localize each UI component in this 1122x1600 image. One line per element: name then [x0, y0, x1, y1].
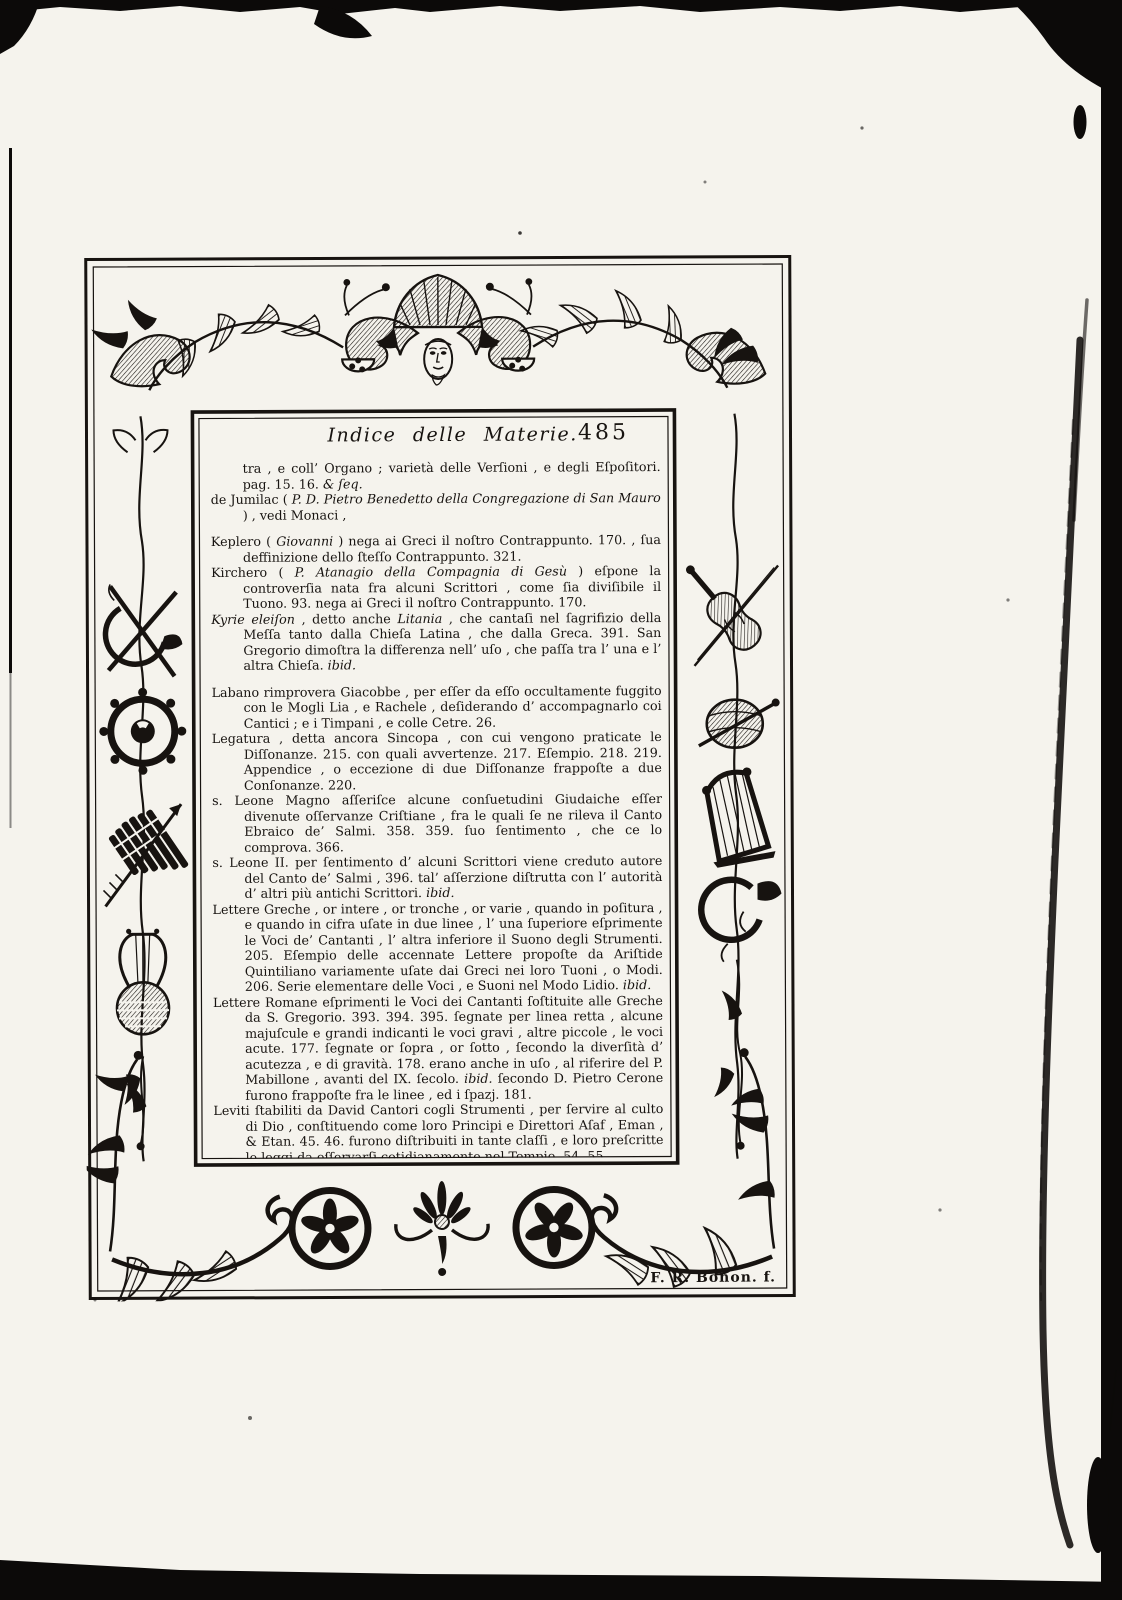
index-entry: Lettere Greche , or intere , or tronche …	[212, 900, 662, 995]
scanned-book-page: Indice delle Materie. 485 tra , e coll’ …	[0, 0, 1122, 1600]
page-number: 485	[578, 420, 629, 445]
index-entry: Lettere Romane eſprimenti le Voci dei Ca…	[213, 993, 663, 1103]
page-title: Indice delle Materie.	[327, 423, 577, 446]
index-entries: tra , e coll’ Organo ; varietà delle Ver…	[211, 459, 664, 1159]
left-trophy	[98, 416, 192, 1161]
horn-icon	[701, 880, 782, 962]
right-trophy	[674, 414, 782, 1159]
index-entry: Legatura , detta ancora Sincopa , con cu…	[212, 729, 662, 793]
index-entry: Labano rimprovera Giacobbe , per eſſer d…	[212, 683, 662, 731]
index-entry: Kirchero ( P. Atanagio della Compagnia d…	[211, 563, 661, 611]
top-ornament	[91, 274, 765, 391]
palmette-icon	[396, 1181, 489, 1276]
violin-icon	[675, 556, 767, 656]
index-entry: Kyrie eleiſon , detto anche Litania , ch…	[211, 610, 661, 674]
ribbon-knot-icon	[113, 430, 167, 453]
hunting-horn-icon	[105, 584, 182, 676]
engraver-signature: F. R. Bonon. f.	[606, 1269, 776, 1286]
lute-icon	[117, 929, 169, 1035]
index-entry: de Jumilac ( P. D. Pietro Benedetto dell…	[211, 490, 661, 523]
index-entry: Leviti ſtabiliti da David Cantori cogli …	[213, 1101, 663, 1159]
floral-wreath-icon	[292, 1190, 368, 1266]
index-entry: tra , e coll’ Organo ; varietà delle Ver…	[211, 459, 661, 492]
index-text-block: Indice delle Materie. 485 tra , e coll’ …	[210, 419, 663, 1159]
index-entry: s. Leone II. per ſentimento d’ alcuni Sc…	[212, 853, 662, 901]
index-entry: Keplero ( Giovanni ) nega ai Greci il no…	[211, 532, 661, 565]
mask-icon	[424, 339, 452, 385]
tambourine-icon	[99, 688, 186, 775]
drum-icon	[699, 699, 780, 748]
page-header: Indice delle Materie. 485	[210, 419, 660, 461]
ribbon-icon	[138, 416, 146, 1161]
index-entry: s. Leone Magno aſſeriſce alcune conſuetu…	[212, 791, 662, 855]
floral-wreath-icon	[512, 1185, 596, 1269]
